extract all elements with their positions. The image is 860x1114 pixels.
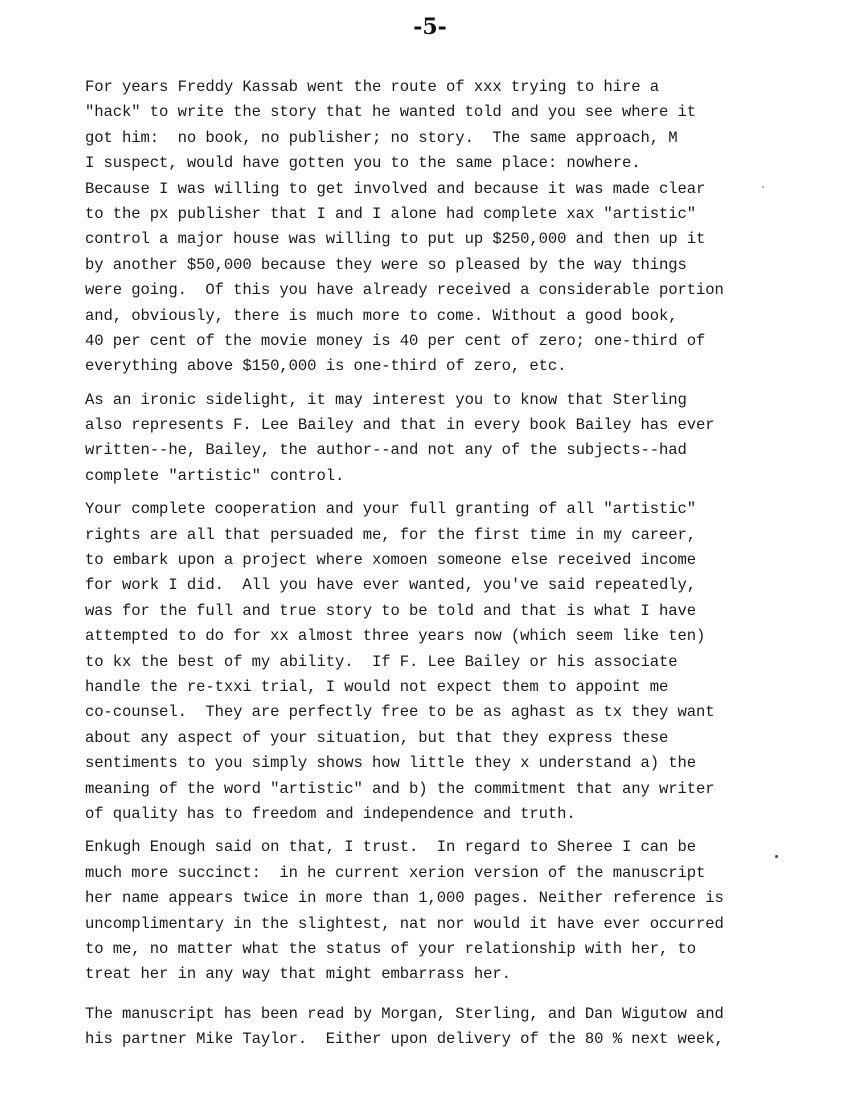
text-line: rights are all that persuaded me, for th… [85, 523, 805, 548]
paragraph-freddy-kassab: For years Freddy Kassab went the route o… [85, 75, 805, 380]
text-line: to embark upon a project where xomoen so… [85, 548, 805, 573]
paragraph-ironic-sidelight: As an ironic sidelight, it may interest … [85, 388, 805, 490]
text-line: everything above $150,000 is one-third o… [85, 354, 805, 379]
text-line: also represents F. Lee Bailey and that i… [85, 413, 805, 438]
text-line: his partner Mike Taylor. Either upon del… [85, 1027, 805, 1052]
text-line: of quality has to freedom and independen… [85, 802, 805, 827]
text-line: The manuscript has been read by Morgan, … [85, 1002, 805, 1027]
text-line: complete "artistic" control. [85, 464, 805, 489]
text-line: and, obviously, there is much more to co… [85, 304, 805, 329]
text-line: meaning of the word "artistic" and b) th… [85, 777, 805, 802]
text-line: Because I was willing to get involved an… [85, 177, 805, 202]
text-line: her name appears twice in more than 1,00… [85, 886, 805, 911]
text-line: uncomplimentary in the slightest, nat no… [85, 912, 805, 937]
text-line: Enkugh Enough said on that, I trust. In … [85, 835, 805, 860]
text-line: Your complete cooperation and your full … [85, 497, 805, 522]
text-line: written--he, Bailey, the author--and not… [85, 438, 805, 463]
text-line: were going. Of this you have already rec… [85, 278, 805, 303]
paragraph-artistic-rights: Your complete cooperation and your full … [85, 497, 805, 827]
text-line: handle the re-txxi trial, I would not ex… [85, 675, 805, 700]
paragraph-sheree: Enkugh Enough said on that, I trust. In … [85, 835, 805, 987]
paragraph-manuscript-readers: The manuscript has been read by Morgan, … [85, 1002, 805, 1053]
text-line: 40 per cent of the movie money is 40 per… [85, 329, 805, 354]
text-line: for work I did. All you have ever wanted… [85, 573, 805, 598]
text-line: "hack" to write the story that he wanted… [85, 100, 805, 125]
text-line: by another $50,000 because they were so … [85, 253, 805, 278]
text-line: was for the full and true story to be to… [85, 599, 805, 624]
page-number: -5- [0, 14, 860, 40]
text-line: control a major house was willing to put… [85, 227, 805, 252]
text-line: I suspect, would have gotten you to the … [85, 151, 805, 176]
text-line: For years Freddy Kassab went the route o… [85, 75, 805, 100]
letter-body: For years Freddy Kassab went the route o… [85, 75, 805, 1060]
text-line: to the px publisher that I and I alone h… [85, 202, 805, 227]
scan-speck [775, 855, 778, 858]
text-line: As an ironic sidelight, it may interest … [85, 388, 805, 413]
text-line: co-counsel. They are perfectly free to b… [85, 700, 805, 725]
text-line: about any aspect of your situation, but … [85, 726, 805, 751]
text-line: attempted to do for xx almost three year… [85, 624, 805, 649]
text-line: got him: no book, no publisher; no story… [85, 126, 805, 151]
text-line: much more succinct: in he current xerion… [85, 861, 805, 886]
text-line: to kx the best of my ability. If F. Lee … [85, 650, 805, 675]
scan-speck [762, 186, 764, 188]
text-line: to me, no matter what the status of your… [85, 937, 805, 962]
text-line: treat her in any way that might embarras… [85, 962, 805, 987]
text-line: sentiments to you simply shows how littl… [85, 751, 805, 776]
